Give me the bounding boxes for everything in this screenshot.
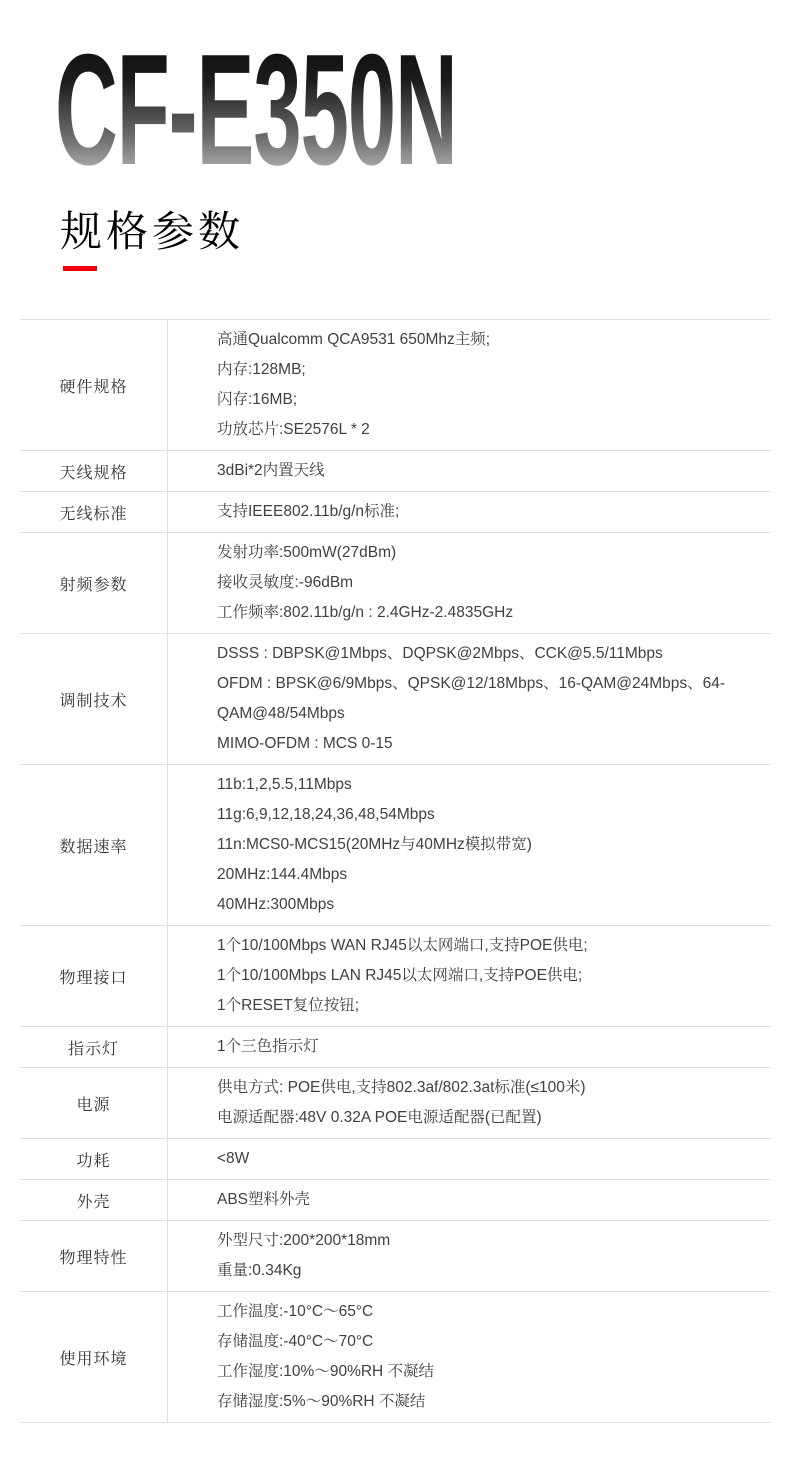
- spec-row-label: 物理特性: [20, 1221, 168, 1291]
- spec-value-line: 电源适配器:48V 0.32A POE电源适配器(已配置): [217, 1103, 747, 1133]
- spec-value-line: 11n:MCS0-MCS15(20MHz与40MHz模拟带宽): [217, 830, 747, 860]
- spec-value-line: 1个三色指示灯: [217, 1032, 747, 1062]
- spec-row: 物理接口 1个10/100Mbps WAN RJ45以太网端口,支持POE供电;…: [20, 925, 771, 1026]
- spec-value-line: 存储湿度:5%～90%RH 不凝结: [217, 1387, 747, 1417]
- spec-value-line: 工作湿度:10%～90%RH 不凝结: [217, 1357, 747, 1387]
- spec-value-line: 发射功率:500mW(27dBm): [217, 538, 747, 568]
- spec-row-label: 功耗: [20, 1139, 168, 1179]
- spec-row-label: 指示灯: [20, 1027, 168, 1067]
- spec-value-line: 40MHz:300Mbps: [217, 890, 747, 920]
- spec-row-value: 发射功率:500mW(27dBm)接收灵敏度:-96dBm工作频率:802.11…: [168, 533, 771, 633]
- spec-row: 硬件规格 高通Qualcomm QCA9531 650Mhz主频;内存:128M…: [20, 319, 771, 450]
- spec-row-value: DSSS : DBPSK@1Mbps、DQPSK@2Mbps、CCK@5.5/1…: [168, 634, 771, 764]
- spec-row-label: 使用环境: [20, 1292, 168, 1422]
- spec-row-value: ABS塑料外壳: [168, 1180, 771, 1220]
- spec-value-line: 1个10/100Mbps LAN RJ45以太网端口,支持POE供电;: [217, 961, 747, 991]
- spec-row-value: 工作温度:-10°C～65°C存储温度:-40°C～70°C工作湿度:10%～9…: [168, 1292, 771, 1422]
- spec-row-value: 1个三色指示灯: [168, 1027, 771, 1067]
- spec-row: 使用环境 工作温度:-10°C～65°C存储温度:-40°C～70°C工作湿度:…: [20, 1291, 771, 1422]
- spec-value-line: <8W: [217, 1144, 747, 1174]
- spec-row-label: 数据速率: [20, 765, 168, 925]
- spec-value-line: 外型尺寸:200*200*18mm: [217, 1226, 747, 1256]
- spec-value-line: 功放芯片:SE2576L * 2: [217, 415, 747, 445]
- spec-row: 功耗 <8W: [20, 1138, 771, 1179]
- spec-row-value: <8W: [168, 1139, 771, 1179]
- spec-value-line: 支持IEEE802.11b/g/n标准;: [217, 497, 747, 527]
- spec-row-label: 外壳: [20, 1180, 168, 1220]
- spec-value-line: 内存:128MB;: [217, 355, 747, 385]
- spec-row-label: 无线标准: [20, 492, 168, 532]
- spec-row-value: 1个10/100Mbps WAN RJ45以太网端口,支持POE供电;1个10/…: [168, 926, 771, 1026]
- spec-row: 无线标准 支持IEEE802.11b/g/n标准;: [20, 491, 771, 532]
- spec-value-line: 20MHz:144.4Mbps: [217, 860, 747, 890]
- spec-value-line: DSSS : DBPSK@1Mbps、DQPSK@2Mbps、CCK@5.5/1…: [217, 639, 747, 669]
- spec-row: 指示灯 1个三色指示灯: [20, 1026, 771, 1067]
- section-heading: 规格参数: [60, 208, 790, 256]
- spec-row-label: 天线规格: [20, 451, 168, 491]
- spec-value-line: ABS塑料外壳: [217, 1185, 747, 1215]
- spec-value-line: 闪存:16MB;: [217, 385, 747, 415]
- spec-row: 物理特性 外型尺寸:200*200*18mm重量:0.34Kg: [20, 1220, 771, 1291]
- spec-row-value: 高通Qualcomm QCA9531 650Mhz主频;内存:128MB;闪存:…: [168, 320, 771, 450]
- spec-row-value: 外型尺寸:200*200*18mm重量:0.34Kg: [168, 1221, 771, 1291]
- spec-row: 外壳 ABS塑料外壳: [20, 1179, 771, 1220]
- spec-row-label: 物理接口: [20, 926, 168, 1026]
- spec-row-value: 3dBi*2内置天线: [168, 451, 771, 491]
- spec-value-line: OFDM : BPSK@6/9Mbps、QPSK@12/18Mbps、16-QA…: [217, 669, 747, 729]
- spec-value-line: MIMO-OFDM : MCS 0-15: [217, 729, 747, 759]
- spec-row-value: 11b:1,2,5.5,11Mbps11g:6,9,12,18,24,36,48…: [168, 765, 771, 925]
- spec-row-label: 硬件规格: [20, 320, 168, 450]
- spec-row: 射频参数 发射功率:500mW(27dBm)接收灵敏度:-96dBm工作频率:8…: [20, 532, 771, 633]
- spec-row-value: 支持IEEE802.11b/g/n标准;: [168, 492, 771, 532]
- accent-underline: [63, 266, 97, 271]
- spec-value-line: 工作温度:-10°C～65°C: [217, 1297, 747, 1327]
- page: CF-E350N 规格参数 硬件规格 高通Qualcomm QCA9531 65…: [0, 0, 790, 1472]
- spec-value-line: 3dBi*2内置天线: [217, 456, 747, 486]
- spec-value-line: 供电方式: POE供电,支持802.3af/802.3at标准(≤100米): [217, 1073, 747, 1103]
- spec-row-value: 供电方式: POE供电,支持802.3af/802.3at标准(≤100米)电源…: [168, 1068, 771, 1138]
- spec-value-line: 高通Qualcomm QCA9531 650Mhz主频;: [217, 325, 747, 355]
- spec-value-line: 重量:0.34Kg: [217, 1256, 747, 1286]
- spec-row: 调制技术 DSSS : DBPSK@1Mbps、DQPSK@2Mbps、CCK@…: [20, 633, 771, 764]
- product-title-wrap: CF-E350N: [55, 46, 790, 174]
- spec-row-label: 电源: [20, 1068, 168, 1138]
- spec-row-label: 调制技术: [20, 634, 168, 764]
- spec-row-label: 射频参数: [20, 533, 168, 633]
- spec-table: 硬件规格 高通Qualcomm QCA9531 650Mhz主频;内存:128M…: [20, 319, 771, 1423]
- spec-row: 电源 供电方式: POE供电,支持802.3af/802.3at标准(≤100米…: [20, 1067, 771, 1138]
- spec-row: 数据速率 11b:1,2,5.5,11Mbps11g:6,9,12,18,24,…: [20, 764, 771, 925]
- spec-value-line: 11b:1,2,5.5,11Mbps: [217, 770, 747, 800]
- spec-value-line: 工作频率:802.11b/g/n : 2.4GHz-2.4835GHz: [217, 598, 747, 628]
- spec-value-line: 11g:6,9,12,18,24,36,48,54Mbps: [217, 800, 747, 830]
- spec-value-line: 1个10/100Mbps WAN RJ45以太网端口,支持POE供电;: [217, 931, 747, 961]
- spec-value-line: 存储温度:-40°C～70°C: [217, 1327, 747, 1357]
- spec-value-line: 1个RESET复位按钮;: [217, 991, 747, 1021]
- product-title: CF-E350N: [55, 46, 457, 174]
- spec-row: 天线规格 3dBi*2内置天线: [20, 450, 771, 491]
- spec-value-line: 接收灵敏度:-96dBm: [217, 568, 747, 598]
